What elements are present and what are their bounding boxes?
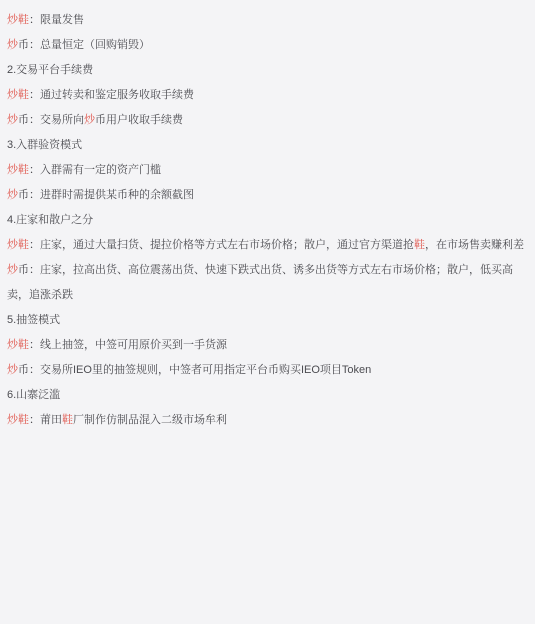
line-text: 币：交易所向 <box>18 114 84 126</box>
comparison-line: 炒鞋：限量发售 <box>7 8 531 33</box>
highlight-term: 炒鞋 <box>7 89 29 101</box>
highlight-term: 炒鞋 <box>7 164 29 176</box>
section-heading: 6.山寨泛滥 <box>7 383 531 408</box>
line-text: 币：进群时需提供某币种的余额截图 <box>18 189 194 201</box>
line-text: ：庄家，通过大量扫货、提拉价格等方式左右市场价格；散户，通过官方渠道抢 <box>29 239 414 251</box>
highlight-term: 炒 <box>7 189 18 201</box>
line-text: 厂制作仿制品混入二级市场牟利 <box>73 414 227 426</box>
comparison-line: 炒币：交易所向炒币用户收取手续费 <box>7 108 531 133</box>
comparison-line: 炒鞋：庄家，通过大量扫货、提拉价格等方式左右市场价格；散户，通过官方渠道抢鞋，在… <box>7 233 531 258</box>
comparison-line: 炒币：进群时需提供某币种的余额截图 <box>7 183 531 208</box>
highlight-term: 炒鞋 <box>7 239 29 251</box>
section-heading: 3.入群验资模式 <box>7 133 531 158</box>
line-text: ：入群需有一定的资产门槛 <box>29 164 161 176</box>
highlight-term: 鞋 <box>414 239 425 251</box>
section-heading: 5.抽签模式 <box>7 308 531 333</box>
line-text: ：限量发售 <box>29 14 84 26</box>
comparison-line: 炒币：交易所IEO里的抽签规则，中签者可用指定平台币购买IEO项目Token <box>7 358 531 383</box>
highlight-term: 炒 <box>7 264 18 276</box>
comparison-line: 炒鞋：线上抽签，中签可用原价买到一手货源 <box>7 333 531 358</box>
line-text: ，在市场售卖赚利差 <box>425 239 524 251</box>
highlight-term: 炒鞋 <box>7 339 29 351</box>
highlight-term: 鞋 <box>62 414 73 426</box>
article-body: 炒鞋：限量发售炒币：总量恒定（回购销毁）2.交易平台手续费炒鞋：通过转卖和鉴定服… <box>0 0 535 433</box>
highlight-term: 炒 <box>7 114 18 126</box>
line-text: 币：庄家，拉高出货、高位震荡出货、快速下跌式出货、诱多出货等方式左右市场价格；散… <box>7 264 513 301</box>
highlight-term: 炒 <box>84 114 95 126</box>
line-text: 币：总量恒定（回购销毁） <box>18 39 150 51</box>
line-text: ：通过转卖和鉴定服务收取手续费 <box>29 89 194 101</box>
line-text: ：线上抽签，中签可用原价买到一手货源 <box>29 339 227 351</box>
comparison-line: 炒币：庄家，拉高出货、高位震荡出货、快速下跌式出货、诱多出货等方式左右市场价格；… <box>7 258 531 308</box>
section-heading: 2.交易平台手续费 <box>7 58 531 83</box>
line-text: 币用户收取手续费 <box>95 114 183 126</box>
comparison-line: 炒鞋：入群需有一定的资产门槛 <box>7 158 531 183</box>
highlight-term: 炒鞋 <box>7 414 29 426</box>
comparison-line: 炒鞋：通过转卖和鉴定服务收取手续费 <box>7 83 531 108</box>
comparison-line: 炒币：总量恒定（回购销毁） <box>7 33 531 58</box>
highlight-term: 炒 <box>7 39 18 51</box>
section-heading: 4.庄家和散户之分 <box>7 208 531 233</box>
highlight-term: 炒 <box>7 364 18 376</box>
line-text: 币：交易所IEO里的抽签规则，中签者可用指定平台币购买IEO项目Token <box>18 364 371 376</box>
comparison-line: 炒鞋：莆田鞋厂制作仿制品混入二级市场牟利 <box>7 408 531 433</box>
highlight-term: 炒鞋 <box>7 14 29 26</box>
line-text: ：莆田 <box>29 414 62 426</box>
